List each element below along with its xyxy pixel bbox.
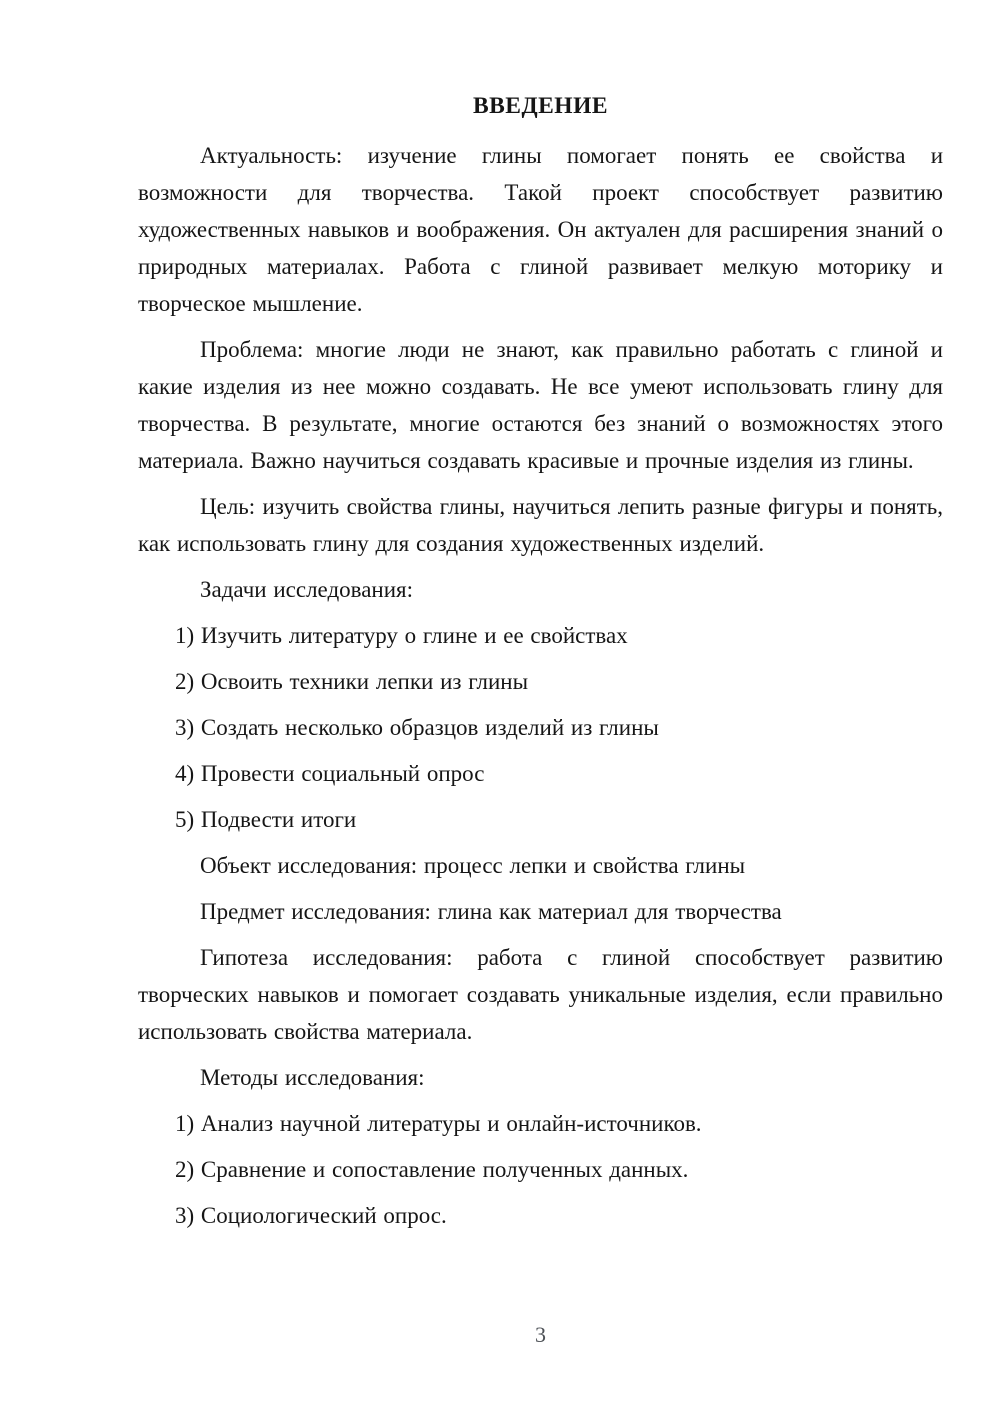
paragraph-hypothesis: Гипотеза исследования: работа с глиной с… — [138, 939, 943, 1050]
method-item-3: 3) Социологический опрос. — [138, 1197, 943, 1234]
task-item-1: 1) Изучить литературу о глине и ее свойс… — [138, 617, 943, 654]
page-footer: 3 — [138, 1320, 943, 1350]
paragraph-problem: Проблема: многие люди не знают, как прав… — [138, 331, 943, 479]
paragraph-goal: Цель: изучить свойства глины, научиться … — [138, 488, 943, 562]
paragraph-subject: Предмет исследования: глина как материал… — [138, 893, 943, 930]
method-item-2: 2) Сравнение и сопоставление полученных … — [138, 1151, 943, 1188]
page-number: 3 — [535, 1322, 546, 1347]
paragraph-relevance: Актуальность: изучение глины помогает по… — [138, 137, 943, 322]
methods-heading: Методы исследования: — [138, 1059, 943, 1096]
task-item-2: 2) Освоить техники лепки из глины — [138, 663, 943, 700]
task-item-4: 4) Провести социальный опрос — [138, 755, 943, 792]
paragraph-object: Объект исследования: процесс лепки и сво… — [138, 847, 943, 884]
task-item-5: 5) Подвести итоги — [138, 801, 943, 838]
tasks-heading: Задачи исследования: — [138, 571, 943, 608]
method-item-1: 1) Анализ научной литературы и онлайн-ис… — [138, 1105, 943, 1142]
task-item-3: 3) Создать несколько образцов изделий из… — [138, 709, 943, 746]
document-page: ВВЕДЕНИЕ Актуальность: изучение глины по… — [0, 0, 1000, 1414]
page-title: ВВЕДЕНИЕ — [138, 88, 943, 125]
